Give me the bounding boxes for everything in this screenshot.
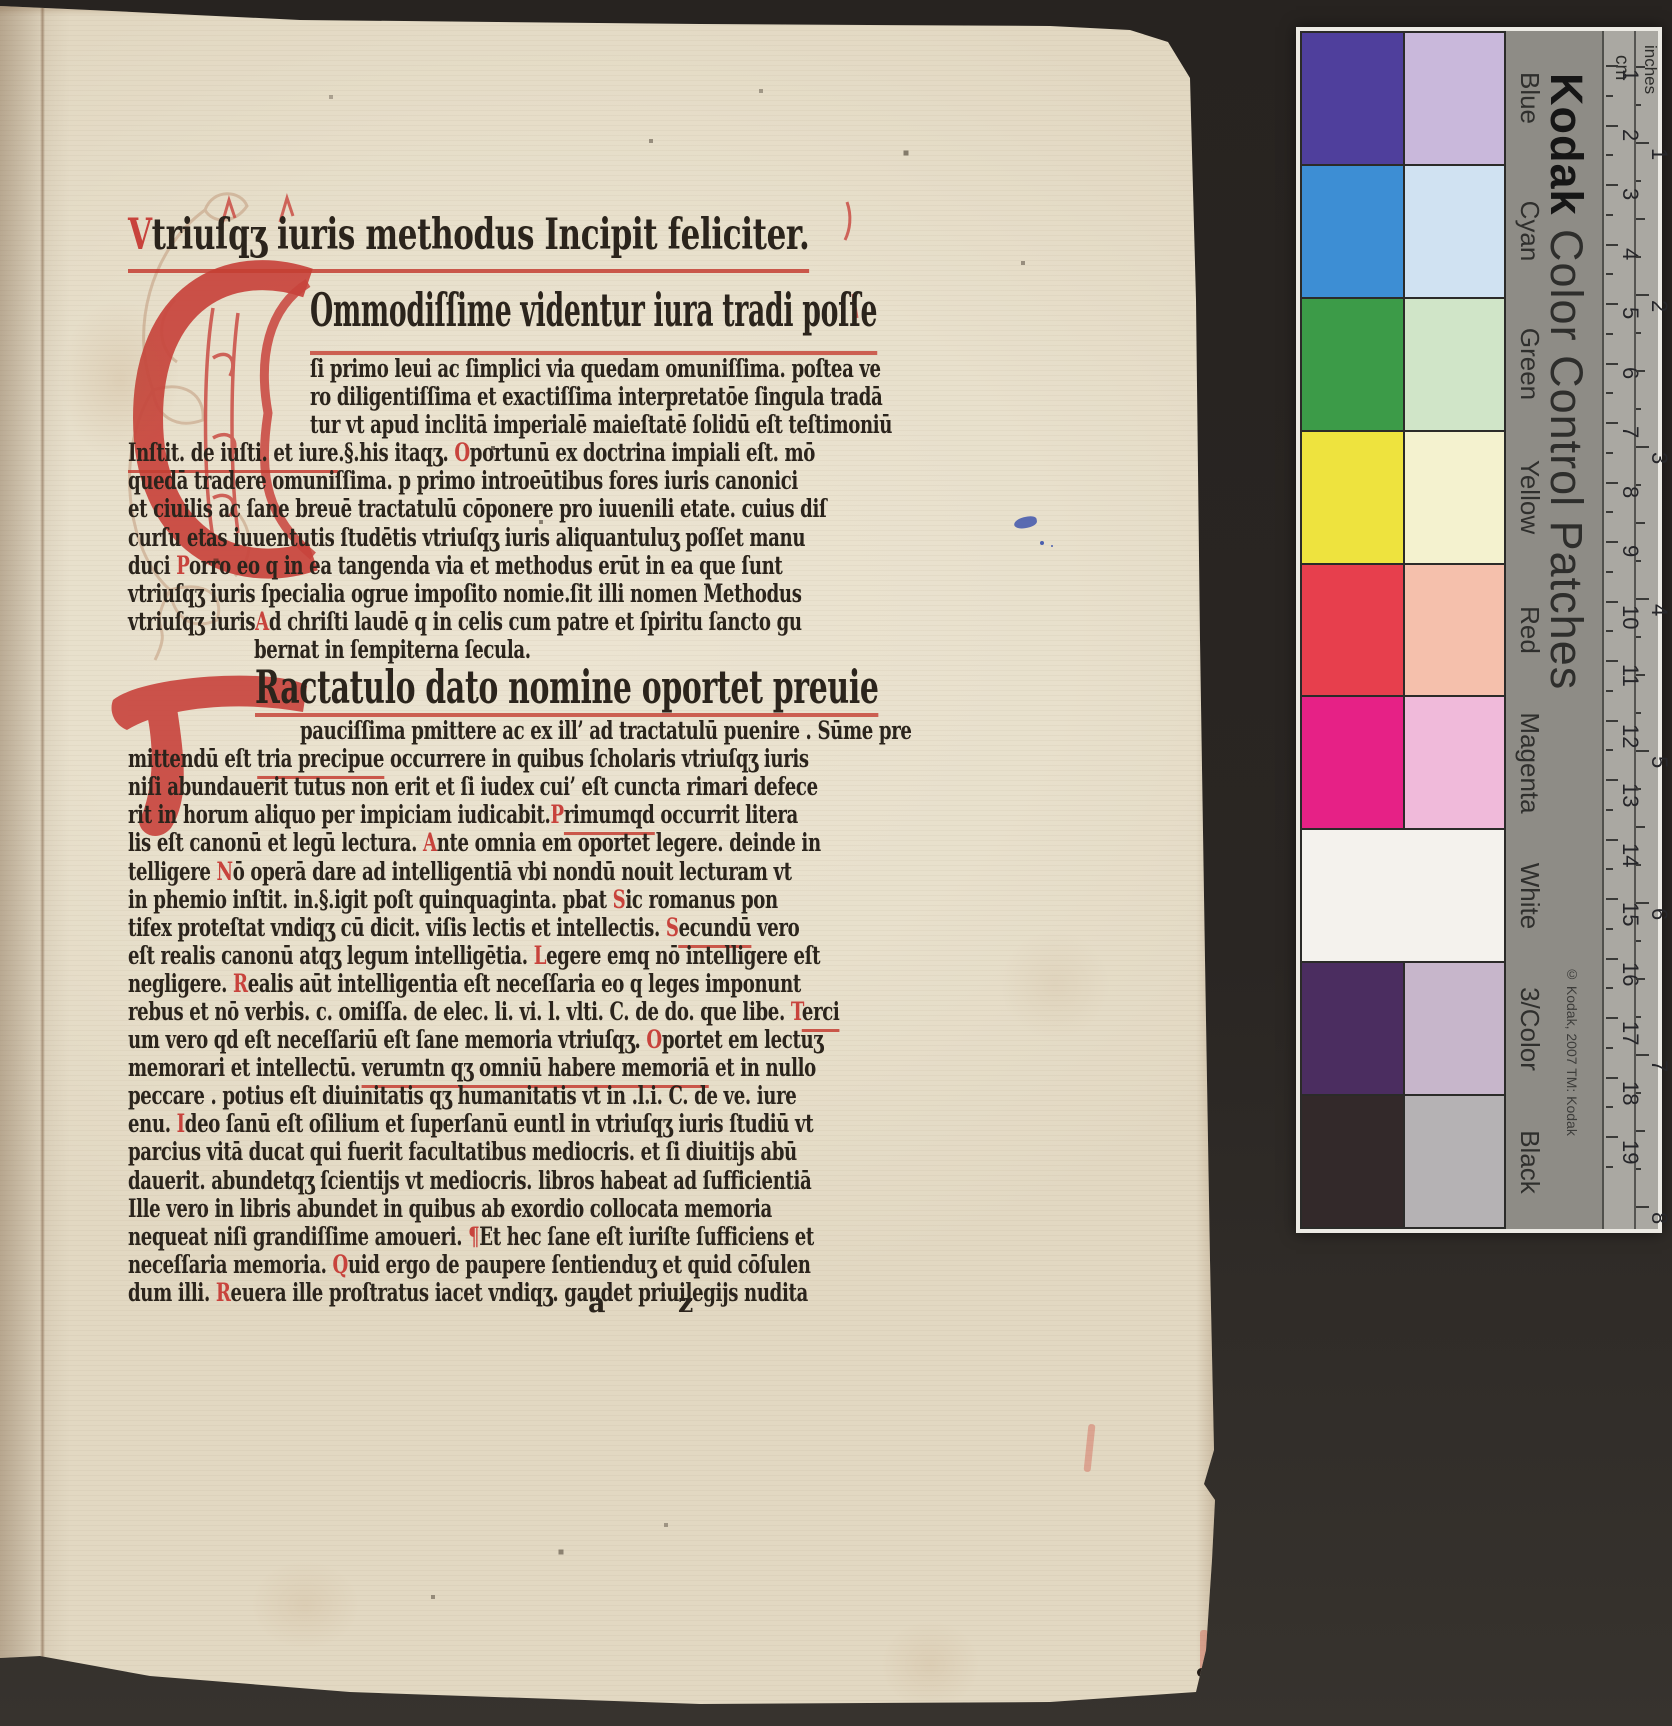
scan-stage: Vtriuſqʒ iuris methodus Incipit felicite… [0,0,1672,1726]
ruler-tick-inch [1636,332,1641,334]
text-line: peccare . potius eſt diuinitatis qʒ huma… [128,1082,870,1110]
text-segment: S [666,913,679,943]
text-segment: occurrere in quibus ſcholaris vtriuſqʒ i… [384,744,809,774]
text-segment: Ractatulo dato nomine oportet preuie [255,660,879,714]
color-patch-green-saturated [1302,299,1403,430]
patch-row-red [1302,565,1504,696]
text-segment: vtriuſqʒ iuris [128,607,255,637]
text-segment: ic romanus pon [625,885,777,915]
ruler-tick-halfcm [1606,690,1613,692]
color-patches-grid [1300,31,1506,1229]
ruler-number-cm: 9 [1617,545,1643,557]
ruler-tick-halfcm [1606,868,1613,870]
ruler-tick-halfcm [1606,511,1613,513]
ink-blot [1013,515,1038,530]
ink-dots [1040,541,1044,545]
paper-specks [0,0,2,2]
color-patch-yellow-saturated [1302,432,1403,563]
text-line: tur vt apud inclitā imperialē maieſtatē … [128,411,870,439]
text-segment: lis eſt canonū et legū lectura. [128,828,423,858]
patch-label-magenta: Magenta [1514,713,1545,814]
text-segment: O [454,438,469,468]
text-segment: curſu etas iuuentutis ſtudētis vtriuſqʒ … [128,523,805,553]
color-patch-magenta-saturated [1302,697,1403,828]
ruler-number-cm: 13 [1617,783,1643,807]
text-segment: V [128,210,152,260]
ruler-tick-inch [1636,1016,1641,1018]
text-segment: in phemio inſtit. in.§.igit poſt quinqua… [128,885,613,915]
color-patch-red-pale [1405,565,1504,696]
text-line: ro diligentiſſima et exactiſſima interpr… [128,383,870,411]
ruler-tick-cm [1606,958,1618,960]
text-segment: negligere. [128,969,233,999]
text-segment: O [646,1025,661,1055]
ruler-tick-inch [1636,180,1641,182]
ruler-tick-halfcm [1606,273,1613,275]
manuscript-page: Vtriuſqʒ iuris methodus Incipit felicite… [0,0,1222,1726]
text-line: in phemio inſtit. in.§.igit poſt quinqua… [128,886,870,914]
text-line: ſi primo leui ac ſimplici via quedam omu… [128,355,870,383]
ruler-tick-cm [1606,1077,1618,1079]
color-patch-white-full [1302,830,1504,961]
ruler-number-inch: 1 [1646,148,1672,160]
color-patch-yellow-pale [1405,432,1504,563]
foxing-stain [1000,930,1110,1040]
text-segment: Ille vero in libris abundet in quibus ab… [128,1194,772,1224]
ruler-tick-halfcm [1606,1047,1613,1049]
ruler-tick-inch [1636,712,1641,714]
ruler-tick-inch [1636,1054,1649,1056]
text-segment: vero [751,913,799,943]
text-segment: .§.his itaqʒ. [338,438,454,468]
ruler-number-cm: 19 [1617,1140,1643,1164]
ruler-tick-cm [1606,1136,1618,1138]
red-edge-smudge [1198,1680,1208,1696]
ruler-tick-inch [1636,560,1641,562]
text-segment: tifex proteſtat vndiqʒ cū dicit. viſis l… [128,913,666,943]
kodak-title-rest: Color Control Patches [1541,216,1592,691]
ruler-tick-halfcm [1606,571,1613,573]
ruler-tick-inch [1636,902,1649,904]
text-line: neceſſaria memoria. Quid ergo de paupere… [128,1251,870,1279]
ruler-tick-inch [1636,674,1645,676]
ruler-tick-halfcm [1606,749,1613,751]
ruler-tick-cm [1606,482,1618,484]
ruler-tick-inch [1636,142,1649,144]
text-line: duci Porro eo q in ea tangenda via et me… [128,552,870,580]
text-line: tifex proteſtat vndiqʒ cū dicit. viſis l… [128,914,870,942]
ruler-tick-inch [1636,104,1641,106]
ruler-tick-halfcm [1606,1166,1613,1168]
color-patch-blue-saturated [1302,33,1403,164]
ruler-tick-inch [1636,978,1645,980]
text-segment: euera ille proſtratus iacet vndiqʒ. gaud… [231,1278,808,1308]
color-patch-cyan-saturated [1302,166,1403,297]
text-segment: Ommodiſſime videntur iura tradi poſſe [310,283,877,337]
ruler-tick-inch [1636,66,1645,68]
foxing-stain [250,1560,360,1650]
ruler: cm inches 123456789101112131415161718191… [1602,31,1658,1229]
ruler-tick-inch [1636,522,1645,524]
text-line: rebus et nō verbis. c. omiſſa. de elec. … [128,998,870,1026]
text-segment: vtriuſqʒ iuris ſpecialia ogrue impoſito … [128,579,802,609]
ruler-number-inch: 4 [1646,604,1672,616]
ruler-tick-inch [1636,446,1649,448]
color-patch-cyan-pale [1405,166,1504,297]
text-line: eſt realis canonū atqʒ legum intelligēti… [128,942,870,970]
ruler-tick-halfcm [1606,1106,1613,1108]
ruler-tick-cm [1606,422,1618,424]
text-segment: neceſſaria memoria. [128,1250,333,1280]
text-line: nequeat niſi grandiſſime amoueri. ¶Et he… [128,1223,870,1251]
text-segment: parcius vitā ducat qui fuerit facultatib… [128,1137,797,1167]
ruler-tick-cm [1606,184,1618,186]
patch-label-black: Black [1514,1131,1545,1195]
text-line: et ciuilis ac ſane breuē tractatulū cōpo… [128,495,870,523]
kodak-color-strip: Kodak Color Control Patches BlueCyanGree… [1296,27,1662,1233]
patch-label-blue: Blue [1514,72,1545,124]
text-line: vtriuſqʒ iurisAd chriſti laudē q in celi… [128,608,870,636]
text-segment: quedā tradere omuniſſima. p primo introe… [128,466,798,496]
text-segment: rebus et nō verbis. c. omiſſa. de elec. … [128,997,791,1027]
ruler-number-cm: 7 [1617,426,1643,438]
text-segment: S [613,885,626,915]
patch-label-white: White [1514,863,1545,929]
ruler-tick-inch [1636,218,1645,220]
text-segment: tur vt apud inclitā imperialē maieſtatē … [310,410,892,440]
color-patch-blue-pale [1405,33,1504,164]
ruler-tick-inch [1636,408,1641,410]
kodak-label-band: Kodak Color Control Patches BlueCyanGree… [1506,31,1602,1229]
ruler-tick-halfcm [1606,95,1613,97]
text-block: Vtriuſqʒ iuris methodus Incipit felicite… [128,206,870,1307]
text-line: pauciſſima pmittere ac ex ill’ ad tracta… [128,717,870,745]
ruler-tick-cm [1606,125,1618,127]
text-segment: T [791,997,802,1027]
ruler-number-inch: 5 [1646,756,1672,768]
ruler-tick-halfcm [1606,809,1613,811]
ruler-number-cm: 16 [1617,962,1643,986]
ruler-number-inch: 7 [1646,1060,1672,1072]
text-segment: portet em lectuʒ [662,1025,823,1055]
text-line: Ille vero in libris abundet in quibus ab… [128,1195,870,1223]
text-segment: et ciuilis ac ſane breuē tractatulū cōpo… [128,494,826,524]
ruler-tick-halfcm [1606,987,1613,989]
text-segment: niſi abundauerit tutus non erit et ſi iu… [128,772,818,802]
patch-row-3-color [1302,963,1504,1094]
text-segment: d chriſti laudē q in celis cum patre et … [269,607,802,637]
ruler-tick-cm [1606,541,1618,543]
text-line: curſu etas iuuentutis ſtudētis vtriuſqʒ … [128,524,870,552]
ruler-tick-cm [1606,779,1618,781]
ruler-number-cm: 2 [1617,129,1643,141]
text-line: vtriuſqʒ iuris ſpecialia ogrue impoſito … [128,580,870,608]
kodak-title: Kodak Color Control Patches [1540,73,1592,690]
ruler-tick-inch [1636,788,1641,790]
patch-label-red: Red [1514,606,1545,654]
text-line: dauerit. abundetqʒ ſcientijs vt mediocri… [128,1167,870,1195]
kodak-copyright: © Kodak, 2007 TM: Kodak [1564,966,1580,1136]
ruler-tick-cm [1606,363,1618,365]
text-segment: orro eo q in ea tangenda via et methodus… [189,551,782,581]
ruler-number-cm: 6 [1617,367,1643,379]
ruler-number-cm: 12 [1617,724,1643,748]
text-segment: pauciſſima pmittere ac ex ill’ ad tracta… [300,716,912,746]
ruler-number-inch: 2 [1646,300,1672,312]
ruler-tick-inch [1636,1130,1645,1132]
text-segment: A [255,607,269,637]
text-line: Vtriuſqʒ iuris methodus Incipit felicite… [128,206,870,273]
text-segment: A [423,828,437,858]
text-line: telligere Nō operā dare ad intelligentiā… [128,858,870,886]
ruler-tick-inch [1636,940,1641,942]
text-segment: deo ſanū eſt oſilium et ſuperſanū euntl … [185,1109,813,1139]
text-segment: ſi primo leui ac ſimplici via quedam omu… [310,354,881,384]
signature-letter: a [588,1288,606,1319]
text-segment: Et hec ſane eſt iuriſte ſufficiens et [479,1222,814,1252]
text-segment: ro diligentiſſima et exactiſſima interpr… [310,382,882,412]
ruler-tick-cm [1606,839,1618,841]
ruler-number-cm: 1 [1617,69,1643,81]
ruler-tick-cm [1606,1017,1618,1019]
text-segment: eſt realis canonū atqʒ legum intelligēti… [128,941,534,971]
ruler-tick-cm [1606,244,1618,246]
ruler-tick-cm [1606,660,1618,662]
patch-row-green [1302,299,1504,430]
ruler-number-cm: 15 [1617,902,1643,926]
ruler-tick-inch [1636,256,1641,258]
ruler-tick-inch [1636,484,1641,486]
text-segment: enu. [128,1109,177,1139]
foxing-stain [880,1620,980,1710]
text-segment: um vero qd eſt neceſſariū eſt ſane memor… [128,1025,646,1055]
text-segment: I [177,1109,185,1139]
ruler-divider [1634,31,1636,1229]
text-line: Ractatulo dato nomine oportet preuie [128,664,870,717]
text-segment: P [176,551,189,581]
patch-row-black [1302,1096,1504,1227]
text-segment: ō operā dare ad intelligentiā vbi nondū … [233,857,792,887]
patch-row-yellow [1302,432,1504,563]
text-segment: dum illi. [128,1278,216,1308]
text-line: Ommodiſſime videntur iura tradi poſſe [128,273,870,355]
text-line: Inſtit. de iuſti. et iure.§.his itaqʒ. O… [128,439,870,467]
text-segment: N [217,857,233,887]
text-line: enu. Ideo ſanū eſt oſilium et ſuperſanū … [128,1110,870,1138]
patch-label-green: Green [1514,328,1545,400]
text-segment: P [550,800,563,830]
text-segment: dauerit. abundetqʒ ſcientijs vt mediocri… [128,1166,811,1196]
patch-row-magenta [1302,697,1504,828]
color-patch-3-color-pale [1405,963,1504,1094]
text-line: niſi abundauerit tutus non erit et ſi iu… [128,773,870,801]
text-segment: uid ergo de paupere ſentienduʒ et quid c… [348,1250,811,1280]
ruler-tick-inch [1636,1092,1641,1094]
text-segment: et in nullo [709,1053,816,1083]
color-patch-green-pale [1405,299,1504,430]
text-line: negligere. Realis aūt intelligentia eſt … [128,970,870,998]
text-segment: R [216,1278,231,1308]
ruler-tick-cm [1606,65,1618,67]
ruler-tick-halfcm [1606,928,1613,930]
text-segment: triuſqʒ iuris methodus Incipit feliciter… [152,210,810,260]
text-segment: nequeat niſi grandiſſime amoueri. [128,1222,468,1252]
patch-row-white [1302,830,1504,961]
text-line: mittendū eſt tria precipue occurrere in … [128,745,870,773]
signature-letter: z [678,1288,693,1319]
patch-label-3-color: 3/Color [1514,987,1545,1071]
text-segment: ealis aūt intelligentia eſt neceſſaria e… [248,969,801,999]
ruler-number-cm: 10 [1617,605,1643,629]
ruler-tick-cm [1606,601,1618,603]
text-segment: R [233,969,248,999]
text-segment: L [534,941,546,971]
ruler-tick-halfcm [1606,214,1613,216]
text-segment: mittendū eſt [128,744,257,774]
ruler-number-cm: 17 [1617,1021,1643,1045]
ruler-number-inch: 8 [1646,1212,1672,1224]
text-segment: telligere [128,857,217,887]
text-segment: memorari et intellectū. [128,1053,362,1083]
ruler-tick-cm [1606,303,1618,305]
text-segment: peccare . potius eſt diuinitatis qʒ huma… [128,1081,796,1111]
text-segment: portunū ex doctrina impiali eſt. mō [470,438,815,468]
ruler-tick-inch [1636,1168,1641,1170]
ruler-tick-halfcm [1606,630,1613,632]
text-segment: ¶ [468,1222,479,1252]
patch-row-cyan [1302,166,1504,297]
ruler-tick-inch [1636,598,1649,600]
ruler-number-inch: 6 [1646,908,1672,920]
ruler-tick-inch [1636,864,1641,866]
text-line: quedā tradere omuniſſima. p primo introe… [128,467,870,495]
patch-label-cyan: Cyan [1514,200,1545,261]
text-line: dum illi. Reuera ille proſtratus iacet v… [128,1279,870,1307]
text-line: memorari et intellectū. verumtn qʒ omniū… [128,1054,870,1082]
text-line: parcius vitā ducat qui fuerit facultatib… [128,1138,870,1166]
ruler-tick-inch [1636,826,1645,828]
color-patch-3-color-saturated [1302,963,1403,1094]
color-patch-black-saturated [1302,1096,1403,1227]
ruler-tick-cm [1606,720,1618,722]
ruler-tick-inch [1636,294,1649,296]
ruler-tick-halfcm [1606,333,1613,335]
red-edge-smudge [1200,1630,1208,1670]
foxing-stain [60,300,180,460]
ruler-tick-inch [1636,370,1645,372]
ruler-number-cm: 5 [1617,307,1643,319]
ruler-tick-halfcm [1606,392,1613,394]
patch-row-blue [1302,33,1504,164]
ruler-tick-inch [1636,750,1649,752]
patch-label-yellow: Yellow [1514,460,1545,534]
color-patch-red-saturated [1302,565,1403,696]
text-segment: occurrit litera [654,800,797,830]
wormhole-dot [1197,1668,1206,1677]
ruler-tick-cm [1606,898,1618,900]
ruler-number-inch: 3 [1646,452,1672,464]
text-segment: rit in horum aliquo per impiciam iudicab… [128,800,550,830]
text-segment: Q [333,1250,348,1280]
text-segment: nte omnia em oportet legere. deinde in [437,828,821,858]
red-edge-smudge [1084,1424,1096,1472]
color-patch-magenta-pale [1405,697,1504,828]
text-line: rit in horum aliquo per impiciam iudicab… [128,801,870,829]
kodak-logo-text: Kodak [1541,73,1592,216]
text-line: um vero qd eſt neceſſariū eſt ſane memor… [128,1026,870,1054]
ruler-tick-inch [1636,636,1641,638]
ruler-inches-label: inches [1640,45,1660,94]
text-line: lis eſt canonū et legū lectura. Ante omn… [128,829,870,857]
ruler-number-cm: 3 [1617,188,1643,200]
ruler-number-cm: 8 [1617,486,1643,498]
ruler-tick-halfcm [1606,154,1613,156]
ruler-tick-halfcm [1606,452,1613,454]
ruler-tick-inch [1636,1206,1649,1208]
color-patch-black-pale [1405,1096,1504,1227]
text-segment: egere emq nō intelligere eſt [546,941,820,971]
text-segment: duci [128,551,176,581]
